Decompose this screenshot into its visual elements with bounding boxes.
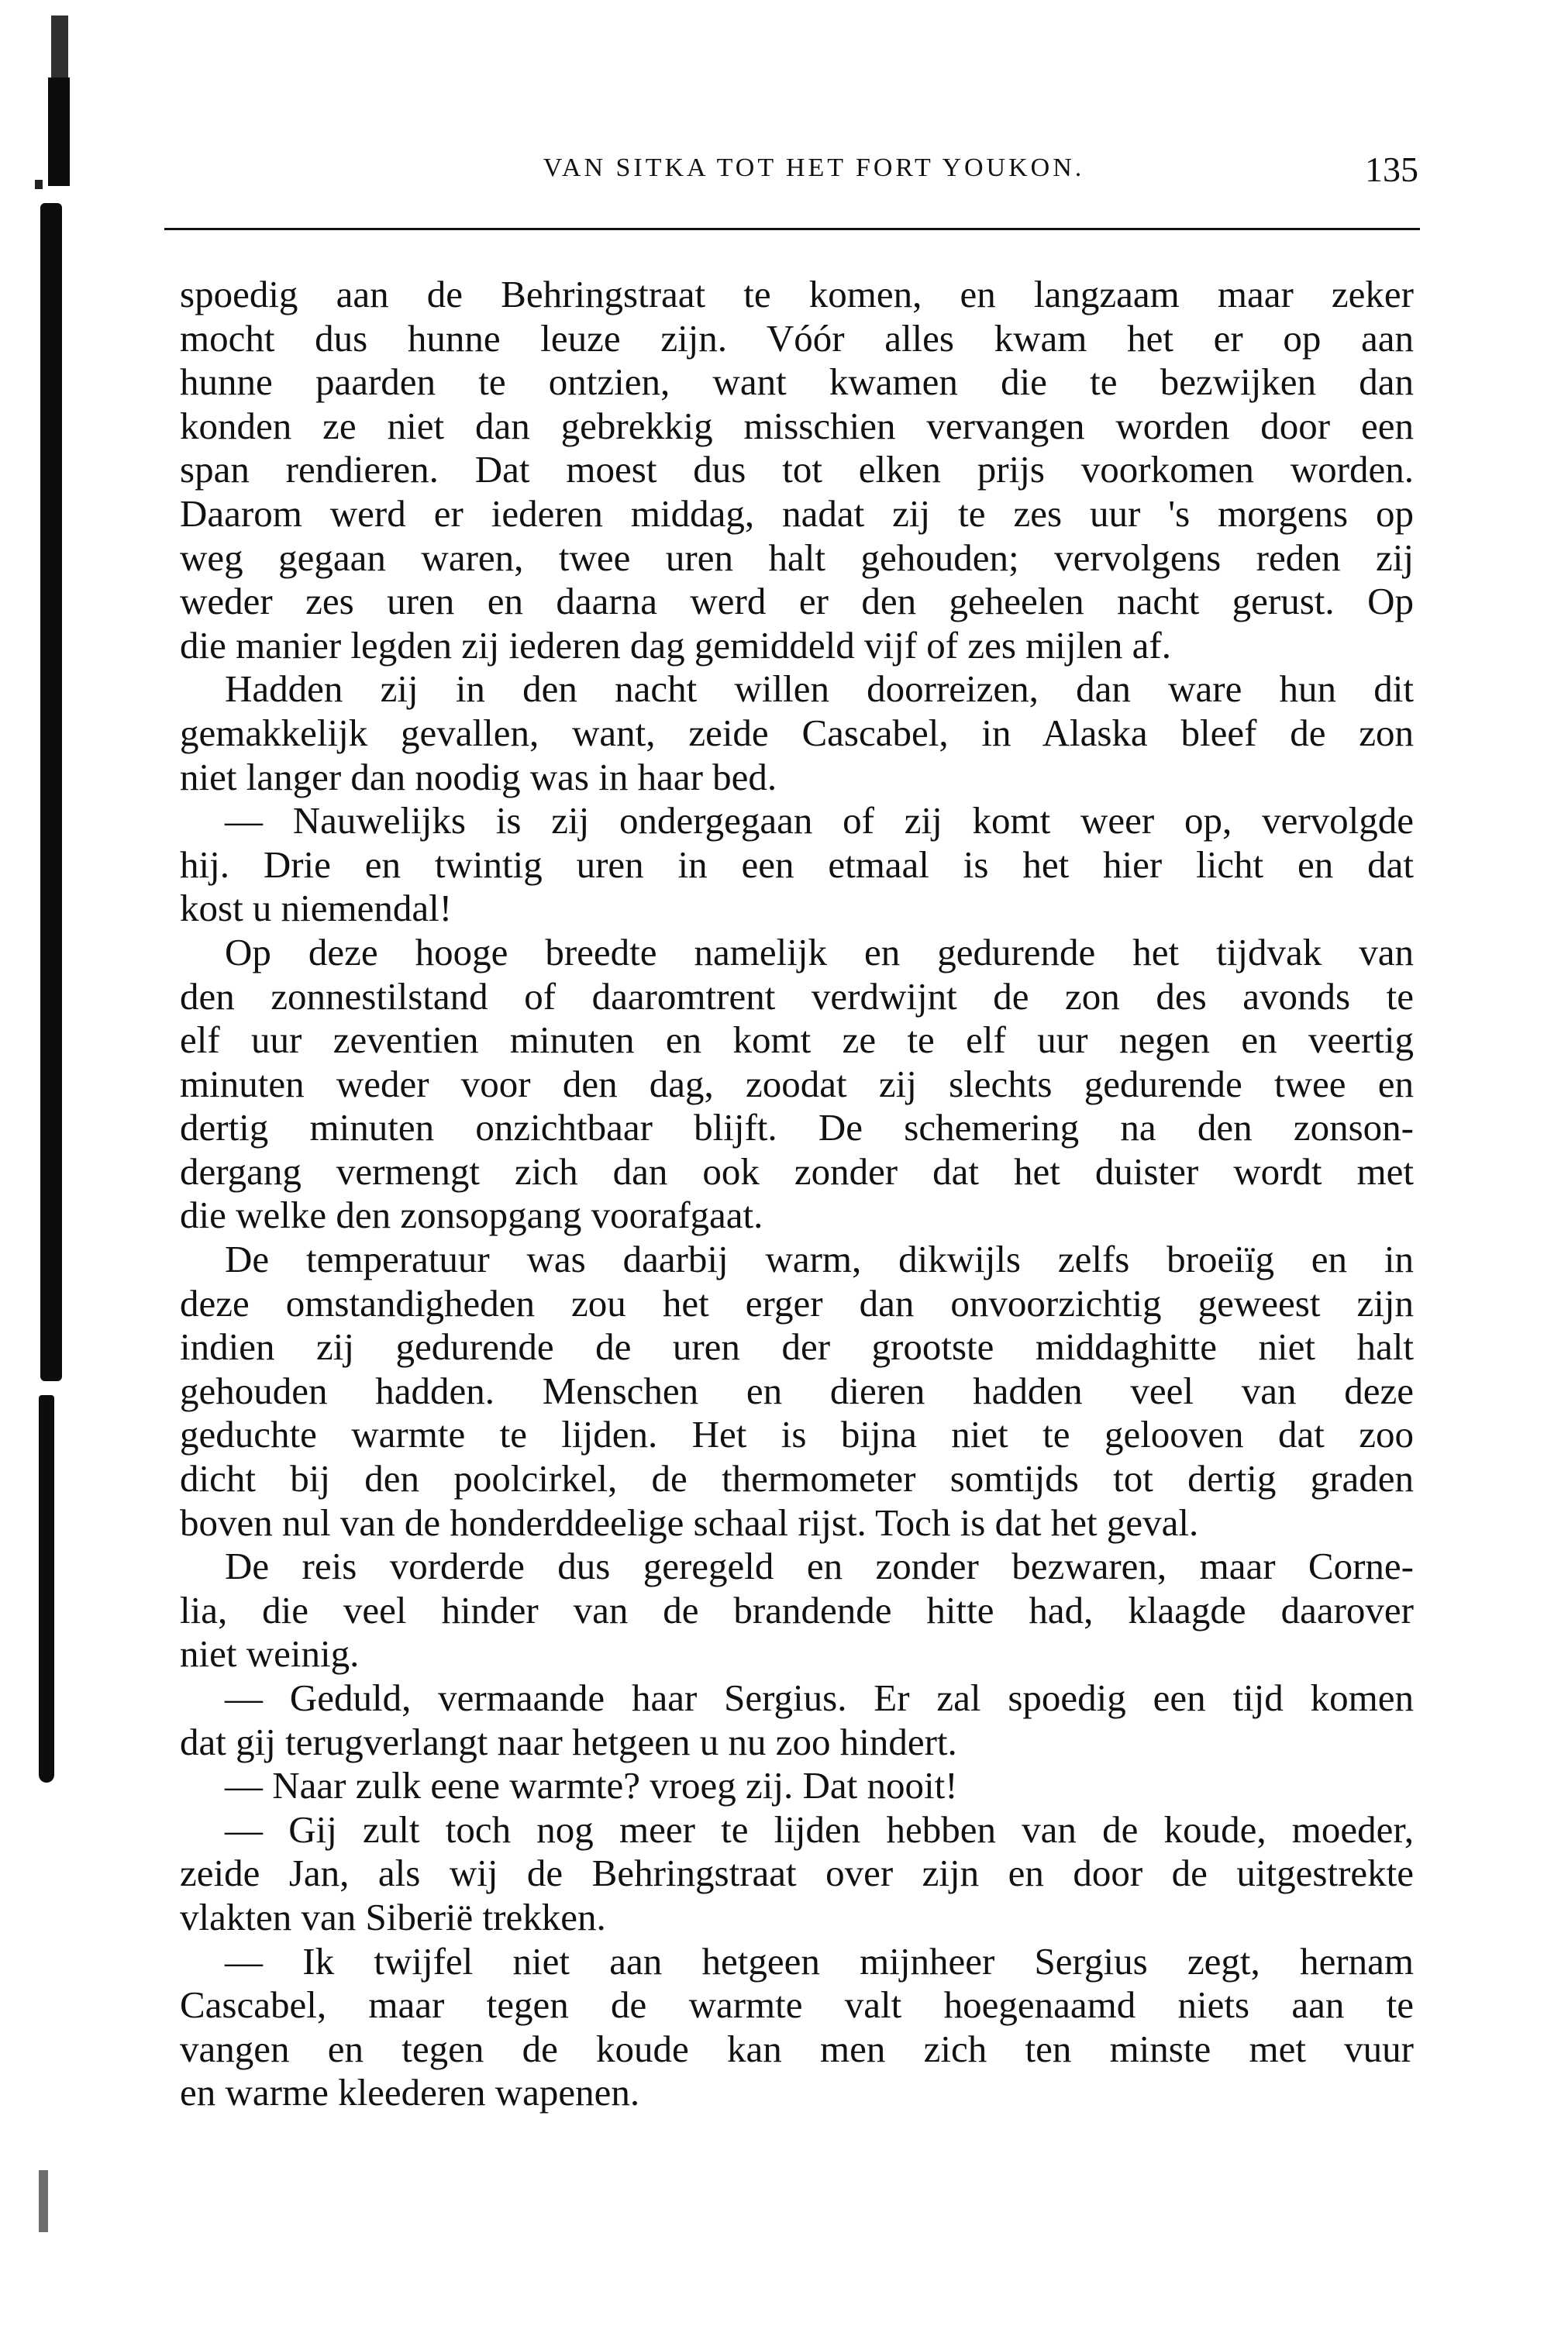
text-line: Hadden zij in den nacht willen doorreize…: [180, 667, 1414, 712]
text-line: den zonnestilstand of daaromtrent verdwi…: [180, 975, 1414, 1019]
text-line: en warme kleederen wapenen.: [180, 2071, 1414, 2115]
text-line: gehouden hadden. Menschen en dieren hadd…: [180, 1370, 1414, 1414]
text-line: vlakten van Siberië trekken.: [180, 1896, 1414, 1940]
body-text: spoedig aan de Behringstraat te komen, e…: [180, 273, 1414, 2115]
scan-speck: [35, 180, 43, 189]
text-line: die welke den zonsopgang voorafgaat.: [180, 1194, 1414, 1238]
text-line: hij. Drie en twintig uren in een etmaal …: [180, 843, 1414, 887]
text-line: hunne paarden te ontzien, want kwamen di…: [180, 360, 1414, 405]
running-head: VAN SITKA TOT HET FORT YOUKON.: [481, 153, 1147, 183]
text-line: dergang vermengt zich dan ook zonder dat…: [180, 1150, 1414, 1194]
text-line: weder zes uren en daarna werd er den geh…: [180, 580, 1414, 624]
text-line: konden ze niet dan gebrekkig misschien v…: [180, 405, 1414, 449]
text-line: — Geduld, vermaande haar Sergius. Er zal…: [180, 1676, 1414, 1721]
text-line: niet weinig.: [180, 1632, 1414, 1676]
text-line: elf uur zeventien minuten en komt ze te …: [180, 1018, 1414, 1063]
text-line: Daarom werd er iederen middag, nadat zij…: [180, 492, 1414, 536]
text-line: mocht dus hunne leuze zijn. Vóór alles k…: [180, 317, 1414, 361]
page-number: 135: [1341, 149, 1418, 190]
text-line: die manier legden zij iederen dag gemidd…: [180, 624, 1414, 668]
text-line: geduchte warmte te lijden. Het is bijna …: [180, 1413, 1414, 1457]
text-line: Op deze hooge breedte namelijk en gedure…: [180, 931, 1414, 975]
binding-shadow-mid: [40, 203, 62, 1381]
text-line: span rendieren. Dat moest dus tot elken …: [180, 448, 1414, 492]
text-line: De reis vorderde dus geregeld en zonder …: [180, 1545, 1414, 1589]
text-line: De temperatuur was daarbij warm, dikwijl…: [180, 1238, 1414, 1282]
text-line: weg gegaan waren, twee uren halt gehoude…: [180, 536, 1414, 581]
text-line: niet langer dan noodig was in haar bed.: [180, 756, 1414, 800]
text-line: — Naar zulk eene warmte? vroeg zij. Dat …: [180, 1764, 1414, 1808]
text-line: indien zij gedurende de uren der grootst…: [180, 1325, 1414, 1370]
header-rule: [164, 228, 1420, 230]
text-line: spoedig aan de Behringstraat te komen, e…: [180, 273, 1414, 317]
text-line: — Nauwelijks is zij ondergegaan of zij k…: [180, 799, 1414, 843]
binding-shadow-upper: [51, 16, 68, 78]
text-line: dat gij terugverlangt naar hetgeen u nu …: [180, 1721, 1414, 1765]
binding-shadow-upper-2: [48, 78, 70, 186]
text-line: gemakkelijk gevallen, want, zeide Cascab…: [180, 712, 1414, 756]
text-line: vangen en tegen de koude kan men zich te…: [180, 2028, 1414, 2072]
text-line: kost u niemendal!: [180, 887, 1414, 931]
text-line: minuten weder voor den dag, zoodat zij s…: [180, 1063, 1414, 1107]
text-line: — Gij zult toch nog meer te lijden hebbe…: [180, 1808, 1414, 1852]
binding-shadow-bottom: [39, 2170, 48, 2232]
text-line: deze omstandigheden zou het erger dan on…: [180, 1282, 1414, 1326]
text-line: Cascabel, maar tegen de warmte valt hoeg…: [180, 1983, 1414, 2028]
text-line: — Ik twijfel niet aan hetgeen mijnheer S…: [180, 1940, 1414, 1984]
binding-shadow-lower: [39, 1395, 54, 1783]
text-line: dicht bij den poolcirkel, de thermometer…: [180, 1457, 1414, 1501]
text-line: dertig minuten onzichtbaar blijft. De sc…: [180, 1106, 1414, 1150]
text-line: lia, die veel hinder van de brandende hi…: [180, 1589, 1414, 1633]
text-line: boven nul van de honderddeelige schaal r…: [180, 1501, 1414, 1545]
text-line: zeide Jan, als wij de Behringstraat over…: [180, 1852, 1414, 1896]
